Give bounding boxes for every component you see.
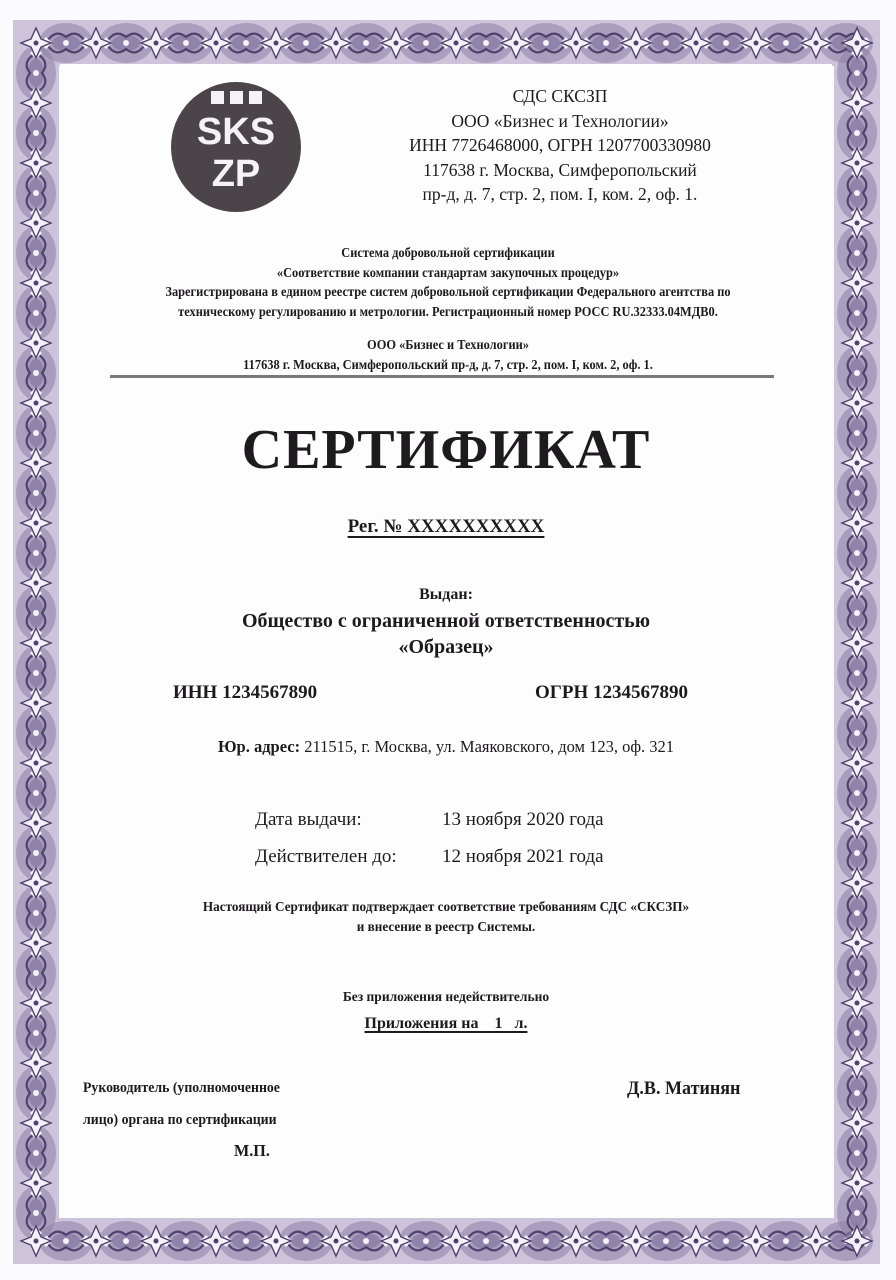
head-title-line2: лицо) органа по сертификации [83, 1110, 277, 1130]
registration-number: Рег. № XXXXXXXXXX [60, 514, 832, 540]
system-line: Зарегистрирована в едином реестре систем… [111, 282, 784, 302]
organization-name: ООО «Бизнес и Технологии» [111, 335, 784, 355]
confirmation-line2: и внесение в реестр Системы. [60, 917, 832, 937]
issuer-block: СДС СКСЗП ООО «Бизнес и Технологии» ИНН … [380, 84, 740, 207]
legal-address: Юр. адрес: 211515, г. Москва, ул. Маяков… [60, 736, 832, 758]
signer-name: Д.В. Матинян [627, 1077, 740, 1101]
confirmation-note: Настоящий Сертификат подтверждает соотве… [60, 897, 832, 937]
seal-placeholder: М.П. [234, 1140, 270, 1162]
system-line: техническому регулированию и метрологии.… [111, 302, 784, 322]
issue-date-label: Дата выдачи: [255, 808, 362, 832]
logo-text-line1: SKS [171, 112, 301, 152]
appendix-count: Приложения на 1 л. [60, 1013, 832, 1035]
confirmation-line1: Настоящий Сертификат подтверждает соотве… [60, 897, 832, 917]
legal-address-value: 211515, г. Москва, ул. Маяковского, дом … [300, 737, 674, 756]
head-title-line1: Руководитель (уполномоченное [83, 1078, 280, 1098]
certification-system-block: Система добровольной сертификации «Соотв… [111, 243, 784, 321]
issuer-line: ООО «Бизнес и Технологии» [380, 109, 740, 134]
organization-block: ООО «Бизнес и Технологии» 117638 г. Моск… [111, 335, 784, 374]
certificate-title: СЕРТИФИКАТ [60, 418, 832, 482]
company-inn: ИНН 1234567890 [173, 681, 317, 705]
logo-dot [249, 91, 262, 104]
issuer-line: 117638 г. Москва, Симферопольский [380, 158, 740, 183]
valid-until-value: 12 ноября 2021 года [442, 845, 604, 869]
system-line: «Соответствие компании стандартам закупо… [111, 263, 784, 283]
organization-address: 117638 г. Москва, Симферопольский пр-д, … [111, 355, 784, 375]
company-name: Общество с ограниченной ответственностью… [60, 608, 832, 660]
logo-dot [230, 91, 243, 104]
logo-dot [211, 91, 224, 104]
system-line: Система добровольной сертификации [111, 243, 784, 263]
logo-text-line2: ZP [171, 154, 301, 194]
company-name-line1: Общество с ограниченной ответственностью [60, 608, 832, 634]
issuer-line: ИНН 7726468000, ОГРН 1207700330980 [380, 133, 740, 158]
legal-address-label: Юр. адрес: [218, 737, 300, 756]
company-name-line2: «Образец» [60, 634, 832, 660]
issue-date-value: 13 ноября 2020 года [442, 808, 604, 832]
invalid-without-appendix: Без приложения недействительно [60, 988, 832, 1006]
issuer-line: пр-д, д. 7, стр. 2, пом. I, ком. 2, оф. … [380, 182, 740, 207]
appendix-count-text: Приложения на 1 л. [365, 1015, 528, 1032]
sks-zp-logo: SKS ZP [171, 82, 301, 212]
issuer-line: СДС СКСЗП [380, 84, 740, 109]
header-divider [110, 375, 774, 378]
issued-label: Выдан: [60, 584, 832, 606]
valid-until-label: Действителен до: [255, 845, 397, 869]
company-ogrn: ОГРН 1234567890 [535, 681, 688, 705]
registration-number-text: Рег. № XXXXXXXXXX [348, 516, 545, 537]
